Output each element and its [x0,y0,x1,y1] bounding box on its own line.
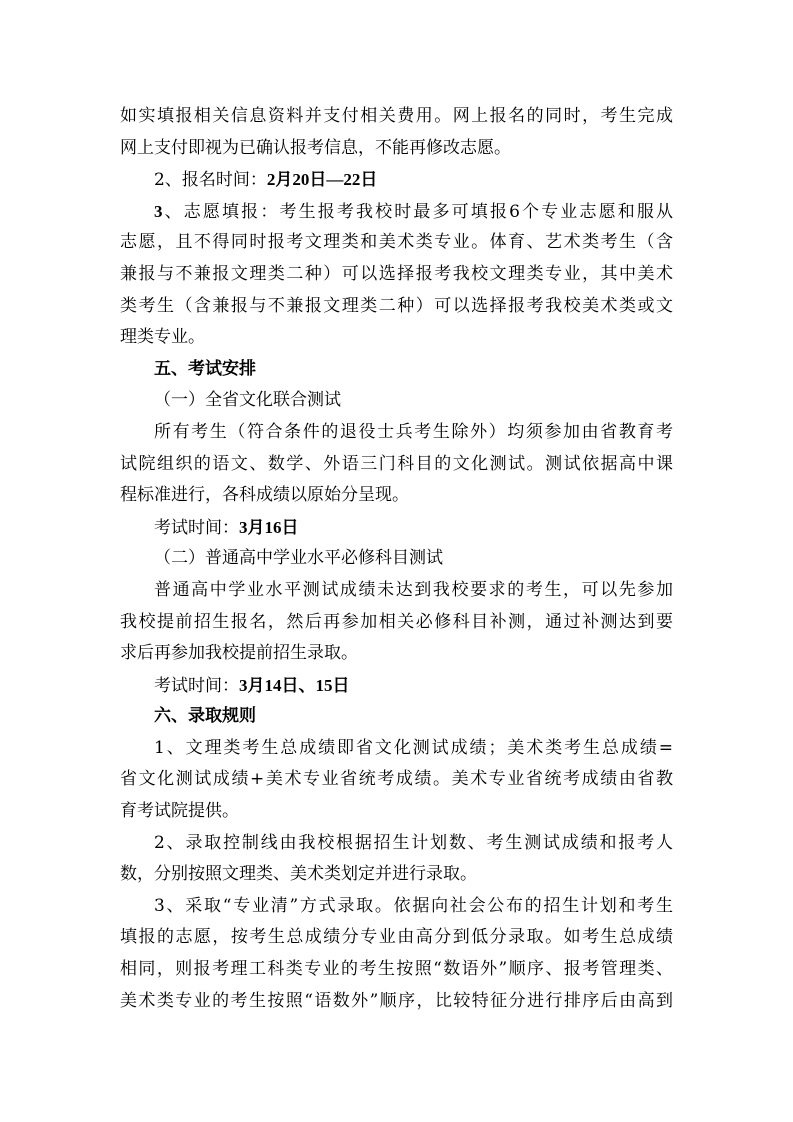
date-value: 2月20日—22日 [267,170,378,189]
paragraph-line: 相同，则报考理工科类专业的考生按照“数语外”顺序、报考管理类、 [120,954,673,986]
section-heading: 五、考试安排 [120,354,673,386]
paragraph-line: 志愿，且不得同时报考文理类和美术类专业。体育、艺术类考生（含 [120,227,673,259]
paragraph-line: 填报的志愿，按考生总成绩分专业由高分到低分录取。如考生总成绩 [120,922,673,954]
paragraph-line: 试院组织的语文、数学、外语三门科目的文化测试。测试依据高中课 [120,449,673,481]
date-value: 3月16日 [239,518,299,537]
paragraph-line: 所有考生（符合条件的退役士兵考生除外）均须参加由省教育考 [120,417,673,449]
paragraph-line: 1、文理类考生总成绩即省文化测试成绩；美术类考生总成绩= [120,733,673,765]
paragraph-line: 美术类专业的考生按照“语数外”顺序，比较特征分进行排序后由高到 [120,986,673,1018]
document-page: 如实填报相关信息资料并支付相关费用。网上报名的同时，考生完成 网上支付即视为已确… [120,101,673,1017]
paragraph-line: 数，分别按照文理类、美术类划定并进行录取。 [120,859,673,891]
item-number: 3 [154,202,163,221]
section-heading: 六、录取规则 [120,701,673,733]
paragraph-line: 我校提前招生报名，然后再参加相关必修科目补测，通过补测达到要 [120,607,673,639]
paragraph-line: 2、录取控制线由我校根据招生计划数、考生测试成绩和报考人 [120,828,673,860]
exam-time: 考试时间：3月14日、15日 [120,670,673,702]
registration-time: 2、报名时间：2月20日—22日 [120,164,673,196]
text: 、志愿填报：考生报考我校时最多可填报6个专业志愿和服从 [163,202,674,222]
label: 考试时间： [154,676,239,696]
paragraph-line: 育考试院提供。 [120,796,673,828]
paragraph-line: 普通高中学业水平测试成绩未达到我校要求的考生，可以先参加 [120,575,673,607]
paragraph-line: 省文化测试成绩+美术专业省统考成绩。美术专业省统考成绩由省教 [120,764,673,796]
label: 考试时间： [154,518,239,538]
paragraph-line: 网上支付即视为已确认报考信息，不能再修改志愿。 [120,133,673,165]
paragraph-line: 类考生（含兼报与不兼报文理类二种）可以选择报考我校美术类或文 [120,291,673,323]
paragraph-line: 3、采取“专业清”方式录取。依据向社会公布的招生计划和考生 [120,891,673,923]
paragraph-line: 3、志愿填报：考生报考我校时最多可填报6个专业志愿和服从 [120,196,673,228]
subsection-heading: （二）普通高中学业水平必修科目测试 [120,543,673,575]
subsection-heading: （一）全省文化联合测试 [120,385,673,417]
paragraph-line: 程标准进行，各科成绩以原始分呈现。 [120,480,673,512]
paragraph-line: 如实填报相关信息资料并支付相关费用。网上报名的同时，考生完成 [120,101,673,133]
paragraph-line: 理类专业。 [120,322,673,354]
exam-time: 考试时间：3月16日 [120,512,673,544]
paragraph-line: 兼报与不兼报文理类二种）可以选择报考我校文理类专业，其中美术 [120,259,673,291]
date-value: 3月14日、15日 [239,676,350,695]
paragraph-line: 求后再参加我校提前招生录取。 [120,638,673,670]
label: 2、报名时间： [154,170,267,190]
